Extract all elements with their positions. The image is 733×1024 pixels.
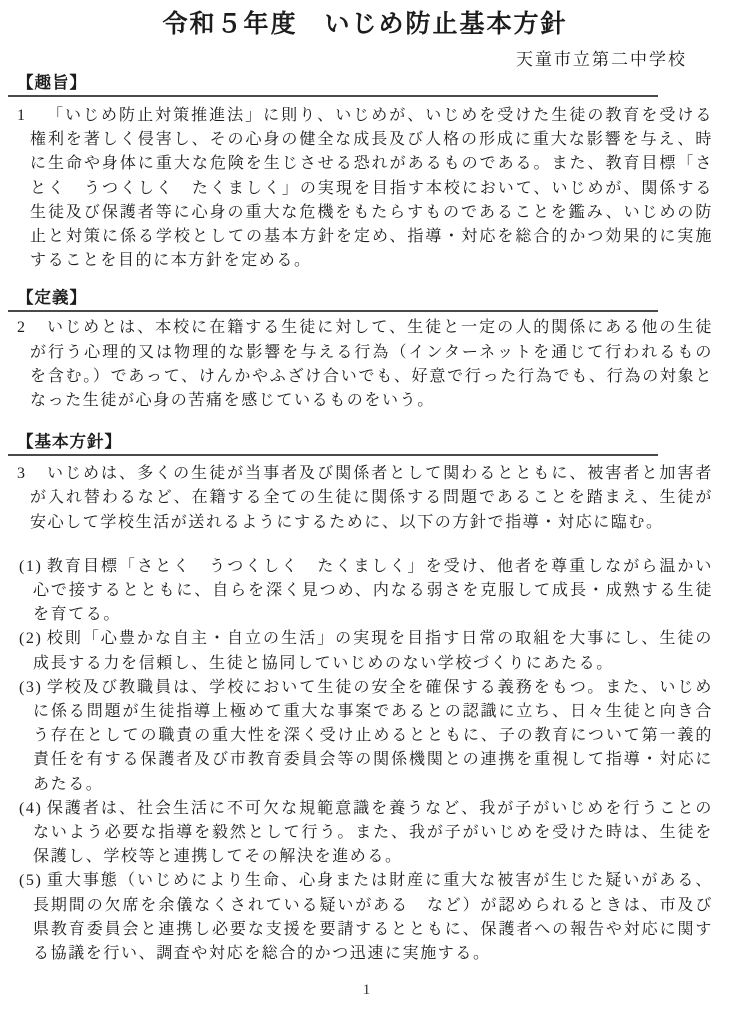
paragraph-1: 1「いじめ防止対策推進法」に則り、いじめが、いじめを受けた生徒の教育を受ける権利… <box>17 104 713 273</box>
item-number: (4) <box>19 800 42 817</box>
paragraph-number: 2 <box>17 319 27 336</box>
policy-item-4: (4)保護者は、社会生活に不可欠な規範意識を養うなど、我が子がいじめを行うことの… <box>17 797 713 870</box>
paragraph-text: いじめとは、本校に在籍する生徒に対して、生徒と一定の人的関係にある他の生徒が行う… <box>30 319 713 409</box>
item-number: (5) <box>19 872 42 889</box>
item-text: 校則「心豊かな自主・自立の生活」の実現を目指す日常の取組を大事にし、生徒の成長す… <box>33 630 713 671</box>
item-number: (3) <box>19 679 42 696</box>
paragraph-2: 2いじめとは、本校に在籍する生徒に対して、生徒と一定の人的関係にある他の生徒が行… <box>17 316 713 413</box>
item-text: 教育目標「さとく うつくしく たくましく」を受け、他者を尊重しながら温かい心で接… <box>33 558 713 623</box>
item-text: 学校及び教職員は、学校において生徒の安全を確保する義務をもつ。また、いじめに係る… <box>33 679 713 793</box>
policy-item-3: (3)学校及び教職員は、学校において生徒の安全を確保する義務をもつ。また、いじめ… <box>17 676 713 797</box>
item-text: 重大事態（いじめにより生命、心身または財産に重大な被害が生じた疑いがある、長期間… <box>33 872 713 962</box>
policy-item-list: (1)教育目標「さとく うつくしく たくましく」を受け、他者を尊重しながら温かい… <box>17 555 713 966</box>
item-number: (1) <box>19 558 42 575</box>
document-page: 令和５年度 いじめ防止基本方針 天童市立第二中学校 【趣旨】 1「いじめ防止対策… <box>0 0 733 1024</box>
school-name: 天童市立第二中学校 <box>17 48 713 72</box>
section-heading-basic-policy: 【基本方針】 <box>8 433 658 456</box>
paragraph-number: 1 <box>17 107 27 124</box>
paragraph-3: 3いじめは、多くの生徒が当事者及び関係者として関わるとともに、被害者と加害者が入… <box>17 462 713 535</box>
section-definition: 【定義】 2いじめとは、本校に在籍する生徒に対して、生徒と一定の人的関係にある他… <box>17 289 713 413</box>
section-heading-definition: 【定義】 <box>8 289 658 312</box>
item-number: (2) <box>19 630 42 647</box>
paragraph-text: いじめは、多くの生徒が当事者及び関係者として関わるとともに、被害者と加害者が入れ… <box>30 465 713 530</box>
policy-item-5: (5)重大事態（いじめにより生命、心身または財産に重大な被害が生じた疑いがある、… <box>17 869 713 966</box>
paragraph-number: 3 <box>17 465 27 482</box>
page-number: 1 <box>0 981 733 999</box>
section-heading-purpose: 【趣旨】 <box>8 74 658 97</box>
policy-item-1: (1)教育目標「さとく うつくしく たくましく」を受け、他者を尊重しながら温かい… <box>17 555 713 628</box>
document-title: 令和５年度 いじめ防止基本方針 <box>17 0 713 41</box>
paragraph-text: 「いじめ防止対策推進法」に則り、いじめが、いじめを受けた生徒の教育を受ける権利を… <box>30 107 713 269</box>
section-purpose: 【趣旨】 1「いじめ防止対策推進法」に則り、いじめが、いじめを受けた生徒の教育を… <box>17 74 713 273</box>
section-basic-policy: 【基本方針】 3いじめは、多くの生徒が当事者及び関係者として関わるとともに、被害… <box>17 433 713 966</box>
item-text: 保護者は、社会生活に不可欠な規範意識を養うなど、我が子がいじめを行うことのないよ… <box>33 800 713 865</box>
policy-item-2: (2)校則「心豊かな自主・自立の生活」の実現を目指す日常の取組を大事にし、生徒の… <box>17 627 713 675</box>
document-body: 令和５年度 いじめ防止基本方針 天童市立第二中学校 【趣旨】 1「いじめ防止対策… <box>17 0 713 966</box>
